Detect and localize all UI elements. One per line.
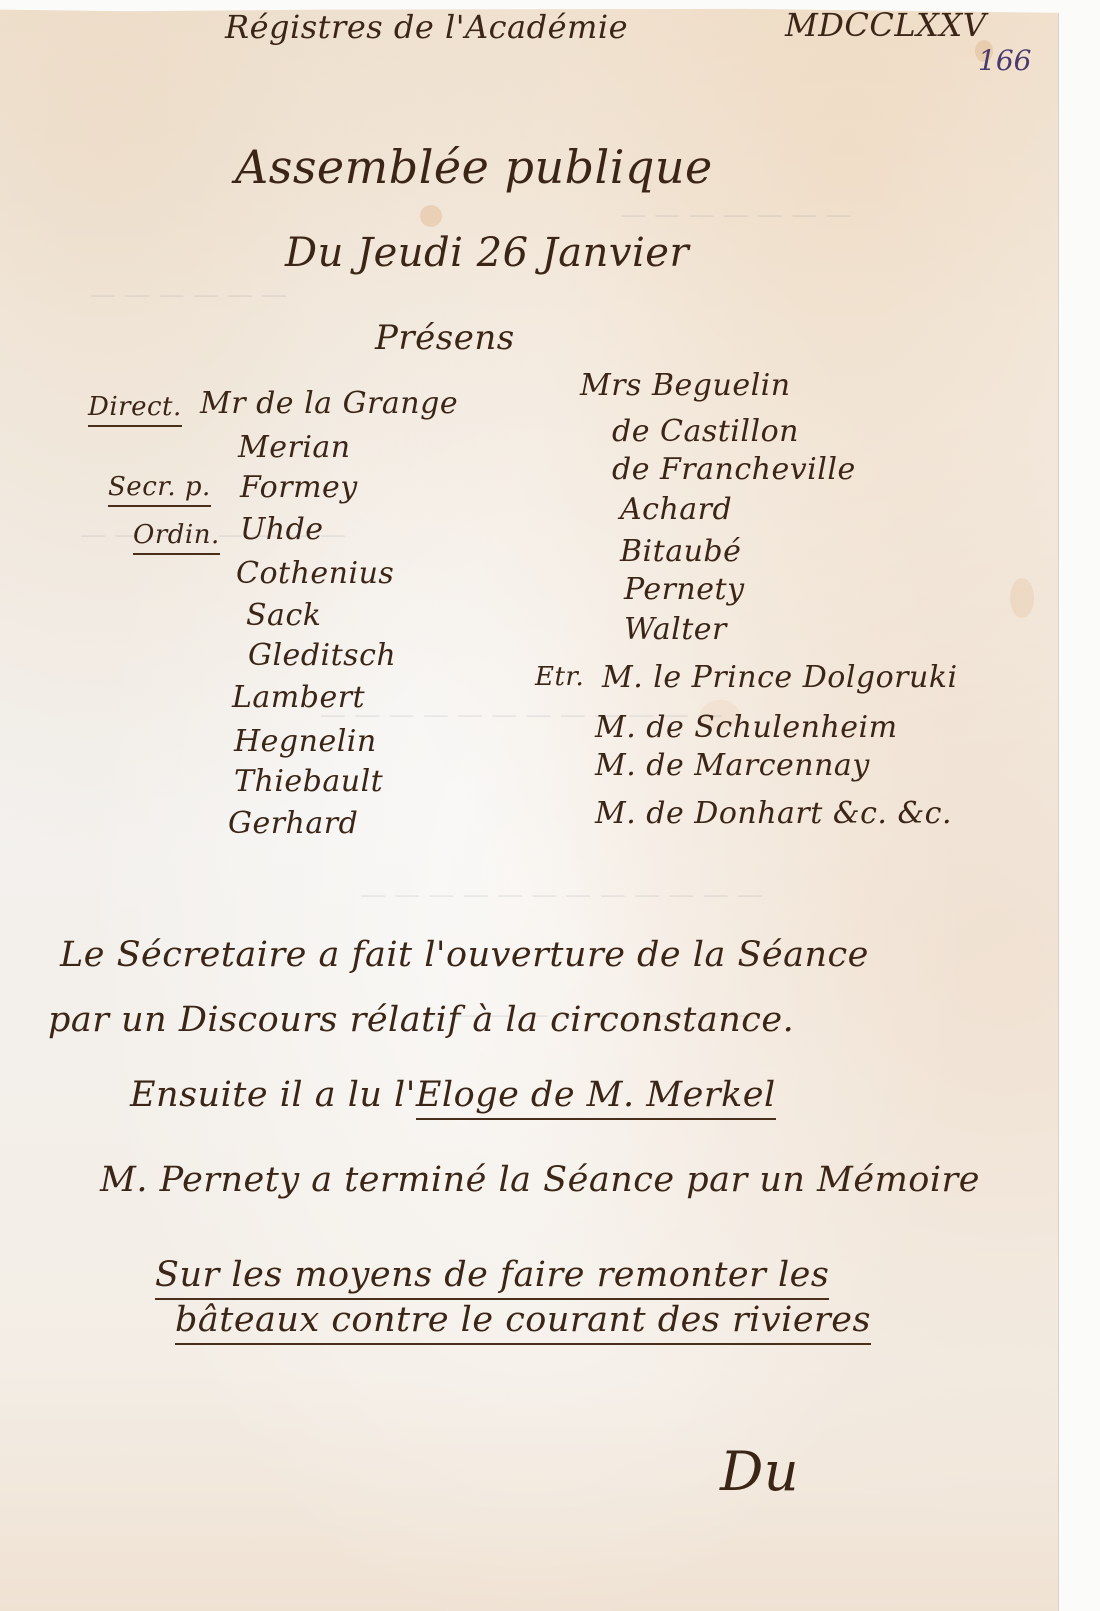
- member-name: de Francheville: [612, 452, 856, 487]
- member-name: Walter: [624, 612, 727, 647]
- member-name: Pernety: [624, 572, 745, 607]
- member-name: Hegnelin: [234, 724, 377, 759]
- memoir-title-line: bâteaux contre le courant des rivieres: [175, 1300, 871, 1345]
- role-label: Etr.: [535, 662, 584, 692]
- member-name: de Castillon: [612, 414, 799, 449]
- member-name: Achard: [620, 492, 732, 527]
- member-name: M. de Donhart &c. &c.: [595, 796, 952, 831]
- memoir-title-line: Sur les moyens de faire remonter les: [155, 1255, 829, 1300]
- member-name: Lambert: [232, 680, 365, 715]
- paper-stain: [420, 205, 442, 227]
- eloge-title-underlined: Eloge de M. Merkel: [416, 1075, 776, 1120]
- member-name: Gerhard: [228, 806, 358, 841]
- folio-number: 166: [978, 44, 1031, 77]
- catchword: Du: [720, 1440, 799, 1503]
- present-label: Présens: [375, 318, 515, 358]
- paper-stain: [1010, 578, 1034, 618]
- minutes-line: Ensuite il a lu l'Eloge de M. Merkel: [130, 1075, 776, 1115]
- minutes-line: Le Sécretaire a fait l'ouverture de la S…: [60, 935, 869, 975]
- assembly-title: Assemblée publique: [235, 140, 713, 194]
- member-name: M. le Prince Dolgoruki: [602, 660, 958, 695]
- year-roman-numeral: MDCCLXXV: [785, 6, 986, 44]
- role-label: Direct.: [88, 392, 182, 427]
- member-name: Uhde: [240, 512, 324, 547]
- member-name: Mr de la Grange: [200, 386, 458, 421]
- show-through-text: — — — — — — — — — — — —: [360, 880, 763, 910]
- member-name: Sack: [246, 598, 321, 633]
- minutes-line-prefix: Ensuite il a lu l': [130, 1075, 416, 1115]
- role-label: Ordin.: [133, 520, 220, 555]
- member-name: M. de Schulenheim: [595, 710, 898, 745]
- member-name: Merian: [238, 430, 351, 465]
- member-name: Thiebault: [234, 764, 383, 799]
- member-name: Cothenius: [236, 556, 394, 591]
- member-name: Bitaubé: [620, 534, 741, 569]
- minutes-line: M. Pernety a terminé la Séance par un Mé…: [100, 1160, 980, 1200]
- role-label: Secr. p.: [108, 472, 211, 507]
- show-through-text: — — — — — — —: [620, 200, 852, 230]
- meeting-date: Du Jeudi 26 Janvier: [285, 230, 689, 276]
- member-name: Gleditsch: [248, 638, 396, 673]
- minutes-line: par un Discours rélatif à la circonstanc…: [48, 1000, 794, 1040]
- member-name: M. de Marcennay: [595, 748, 870, 783]
- running-title: Régistres de l'Académie: [225, 8, 628, 46]
- show-through-text: — — — — — —: [90, 280, 287, 310]
- member-name: Formey: [240, 470, 358, 505]
- member-name: Mrs Beguelin: [580, 368, 791, 403]
